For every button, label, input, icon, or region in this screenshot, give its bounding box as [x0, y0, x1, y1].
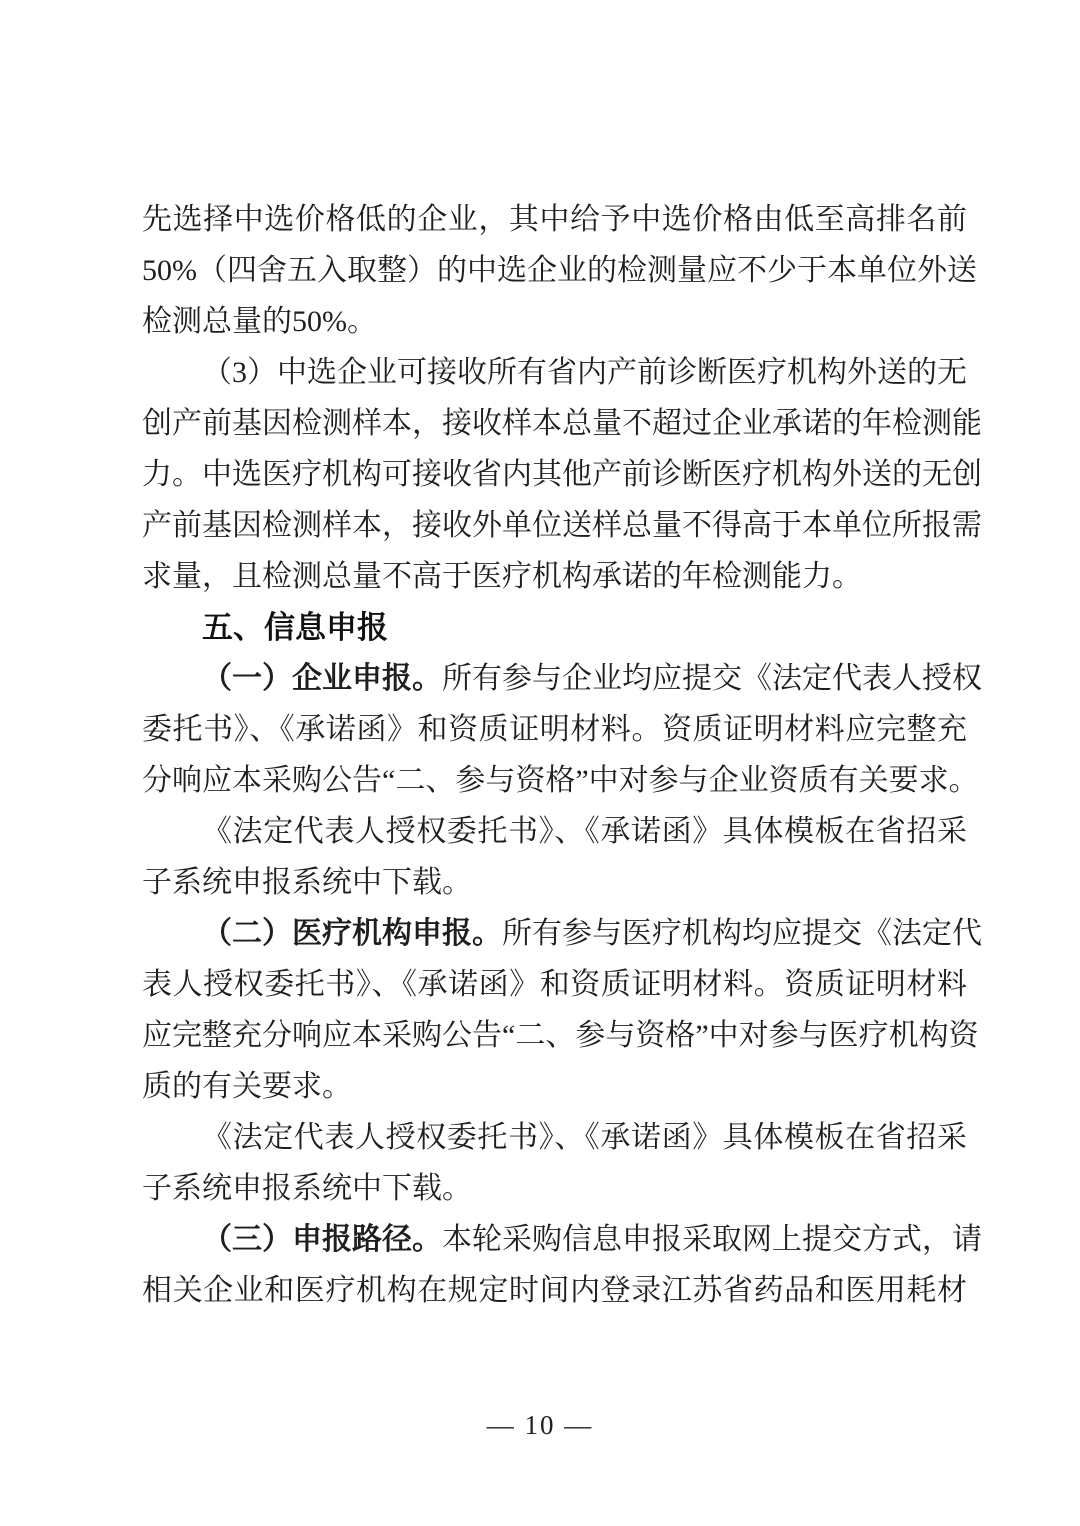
text-line: 子系统申报系统中下载。 [142, 857, 967, 908]
section-heading: 五、信息申报 [142, 602, 967, 653]
paragraph-text: 本轮采购信息申报采取网上提交方式，请 [442, 1223, 982, 1256]
paragraph-lead: （一）企业申报。 [202, 662, 442, 695]
text-line: 质的有关要求。 [142, 1061, 967, 1112]
text-line: （一）企业申报。所有参与企业均应提交《法定代表人授权 [142, 653, 967, 704]
paragraph-template-download-1: 《法定代表人授权委托书》、《承诺函》具体模板在省招采 子系统申报系统中下载。 [142, 806, 967, 908]
document-body: 先选择中选价格低的企业，其中给予中选价格由低至高排名前 50%（四舍五入取整）的… [142, 194, 967, 1316]
text-line: 50%（四舍五入取整）的中选企业的检测量应不少于本单位外送 [142, 245, 967, 296]
paragraph-lead: （三）申报路径。 [202, 1223, 442, 1256]
text-line: 力。中选医疗机构可接收省内其他产前诊断医疗机构外送的无创 [142, 449, 967, 500]
paragraph-text: 所有参与医疗机构均应提交《法定代 [502, 917, 982, 950]
text-line: 委托书》、《承诺函》和资质证明材料。资质证明材料应完整充 [142, 704, 967, 755]
text-line: 表人授权委托书》、《承诺函》和资质证明材料。资质证明材料 [142, 959, 967, 1010]
text-line: 分响应本采购公告“二、参与资格”中对参与企业资质有关要求。 [142, 755, 967, 806]
paragraph-enterprise-declaration: （一）企业申报。所有参与企业均应提交《法定代表人授权 委托书》、《承诺函》和资质… [142, 653, 967, 806]
paragraph-item-3: （3）中选企业可接收所有省内产前诊断医疗机构外送的无 创产前基因检测样本，接收样… [142, 347, 967, 602]
text-line: 《法定代表人授权委托书》、《承诺函》具体模板在省招采 [142, 1112, 967, 1163]
text-line: 检测总量的50%。 [142, 296, 967, 347]
paragraph-lead: （二）医疗机构申报。 [202, 917, 502, 950]
text-line: 《法定代表人授权委托书》、《承诺函》具体模板在省招采 [142, 806, 967, 857]
page-number: — 10 — [0, 1408, 1080, 1442]
paragraph-continuation: 先选择中选价格低的企业，其中给予中选价格由低至高排名前 50%（四舍五入取整）的… [142, 194, 967, 347]
paragraph-text: 所有参与企业均应提交《法定代表人授权 [442, 662, 982, 695]
paragraph-template-download-2: 《法定代表人授权委托书》、《承诺函》具体模板在省招采 子系统申报系统中下载。 [142, 1112, 967, 1214]
text-line: 先选择中选价格低的企业，其中给予中选价格由低至高排名前 [142, 194, 967, 245]
text-line: 求量，且检测总量不高于医疗机构承诺的年检测能力。 [142, 551, 967, 602]
text-line: （3）中选企业可接收所有省内产前诊断医疗机构外送的无 [142, 347, 967, 398]
text-line: 创产前基因检测样本，接收样本总量不超过企业承诺的年检测能 [142, 398, 967, 449]
text-line: （三）申报路径。本轮采购信息申报采取网上提交方式，请 [142, 1214, 967, 1265]
paragraph-medical-institution-declaration: （二）医疗机构申报。所有参与医疗机构均应提交《法定代 表人授权委托书》、《承诺函… [142, 908, 967, 1112]
document-page: 先选择中选价格低的企业，其中给予中选价格由低至高排名前 50%（四舍五入取整）的… [0, 0, 1080, 1526]
text-line: 子系统申报系统中下载。 [142, 1163, 967, 1214]
text-line: 相关企业和医疗机构在规定时间内登录江苏省药品和医用耗材 [142, 1265, 967, 1316]
text-line: 产前基因检测样本，接收外单位送样总量不得高于本单位所报需 [142, 500, 967, 551]
text-line: 应完整充分响应本采购公告“二、参与资格”中对参与医疗机构资 [142, 1010, 967, 1061]
paragraph-declaration-path: （三）申报路径。本轮采购信息申报采取网上提交方式，请 相关企业和医疗机构在规定时… [142, 1214, 967, 1316]
text-line: （二）医疗机构申报。所有参与医疗机构均应提交《法定代 [142, 908, 967, 959]
